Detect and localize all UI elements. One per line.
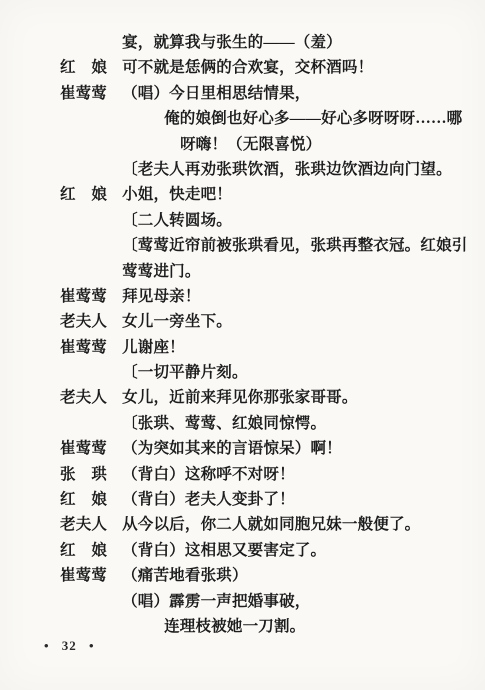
line-text: （为突如其来的言语惊呆）啊！	[122, 436, 342, 461]
line-text: 〔莺莺近帘前被张珙看见，张珙再整衣冠。红娘引	[122, 233, 467, 258]
line-text: （背白）这称呼不对呀！	[122, 462, 295, 487]
script-line: 老夫人 从今以后，你二人就如同胞兄妹一般便了。	[60, 512, 475, 537]
speaker-name: 老夫人	[60, 385, 118, 410]
line-text: 莺莺进门。	[122, 259, 201, 284]
line-text: 俺的娘倒也好心多——好心多呀呀呀……哪	[164, 106, 462, 131]
script-line: 俺的娘倒也好心多——好心多呀呀呀……哪	[60, 106, 475, 131]
speaker-name: 崔莺莺	[60, 436, 118, 461]
script-line: 〔莺莺近帘前被张珙看见，张珙再整衣冠。红娘引	[60, 233, 475, 258]
script-line: 〔一切平静片刻。	[60, 360, 475, 385]
speaker-name: 崔莺莺	[60, 335, 118, 360]
line-text: 小姐，快走吧！	[122, 182, 232, 207]
script-line: 老夫人 女儿，近前来拜见你那张家哥哥。	[60, 385, 475, 410]
line-text: 呀嗨！（无限喜悦）	[180, 132, 321, 157]
line-text: （背白）这相思又要害定了。	[122, 538, 326, 563]
line-text: （背白）老夫人变卦了！	[122, 487, 295, 512]
script-line: 宴，就算我与张生的——（羞）	[60, 30, 475, 55]
script-line: 红 娘 （背白）老夫人变卦了！	[60, 487, 475, 512]
page-number: • 32 •	[44, 638, 95, 654]
script-line: 〔二人转圆场。	[60, 208, 475, 233]
line-text: 儿谢座！	[122, 335, 185, 360]
line-text: 〔张珙、莺莺、红娘同惊愕。	[122, 411, 326, 436]
line-text: （痛苦地看张珙）	[122, 563, 248, 588]
speaker-name: 崔莺莺	[60, 563, 118, 588]
script-line: 崔莺莺 儿谢座！	[60, 335, 475, 360]
script-line: 崔莺莺 （痛苦地看张珙）	[60, 563, 475, 588]
script-line: 〔张珙、莺莺、红娘同惊愕。	[60, 411, 475, 436]
line-text: 连理枝被她一刀割。	[164, 614, 305, 639]
script-line: 崔莺莺 （唱）今日里相思结情果，	[60, 81, 475, 106]
script-line: 红 娘 小姐，快走吧！	[60, 182, 475, 207]
speaker-name: 张 珙	[60, 462, 118, 487]
line-text: 〔老夫人再劝张珙饮酒，张珙边饮酒边向门望。	[122, 157, 452, 182]
line-text: 可不就是恁俩的合欢宴，交杯酒吗！	[122, 55, 373, 80]
line-text: 〔一切平静片刻。	[122, 360, 248, 385]
line-text: 从今以后，你二人就如同胞兄妹一般便了。	[122, 512, 420, 537]
speaker-name: 老夫人	[60, 309, 118, 334]
line-text: 宴，就算我与张生的——（羞）	[122, 30, 342, 55]
script-line: 红 娘 可不就是恁俩的合欢宴，交杯酒吗！	[60, 55, 475, 80]
script-line: 连理枝被她一刀割。	[60, 614, 475, 639]
script-line: 呀嗨！（无限喜悦）	[60, 132, 475, 157]
script-line: 崔莺莺 （为突如其来的言语惊呆）啊！	[60, 436, 475, 461]
speaker-name: 红 娘	[60, 55, 118, 80]
line-text: 〔二人转圆场。	[122, 208, 232, 233]
line-text: 女儿一旁坐下。	[122, 309, 232, 334]
book-page: 宴，就算我与张生的——（羞） 红 娘 可不就是恁俩的合欢宴，交杯酒吗！ 崔莺莺 …	[0, 0, 485, 690]
script-line: 老夫人 女儿一旁坐下。	[60, 309, 475, 334]
speaker-name: 红 娘	[60, 487, 118, 512]
speaker-name: 红 娘	[60, 538, 118, 563]
speaker-name: 崔莺莺	[60, 284, 118, 309]
script-text-block: 宴，就算我与张生的——（羞） 红 娘 可不就是恁俩的合欢宴，交杯酒吗！ 崔莺莺 …	[60, 30, 475, 639]
speaker-name: 红 娘	[60, 182, 118, 207]
script-line: 〔老夫人再劝张珙饮酒，张珙边饮酒边向门望。	[60, 157, 475, 182]
script-line: （唱）霹雳一声把婚事破，	[60, 589, 475, 614]
script-line: 张 珙 （背白）这称呼不对呀！	[60, 462, 475, 487]
script-line: 红 娘 （背白）这相思又要害定了。	[60, 538, 475, 563]
speaker-name: 崔莺莺	[60, 81, 118, 106]
script-line: 崔莺莺 拜见母亲！	[60, 284, 475, 309]
speaker-name: 老夫人	[60, 512, 118, 537]
line-text: 女儿，近前来拜见你那张家哥哥。	[122, 385, 358, 410]
line-text: 拜见母亲！	[122, 284, 201, 309]
line-text: （唱）霹雳一声把婚事破，	[122, 589, 310, 614]
script-line: 莺莺进门。	[60, 259, 475, 284]
line-text: （唱）今日里相思结情果，	[122, 81, 310, 106]
